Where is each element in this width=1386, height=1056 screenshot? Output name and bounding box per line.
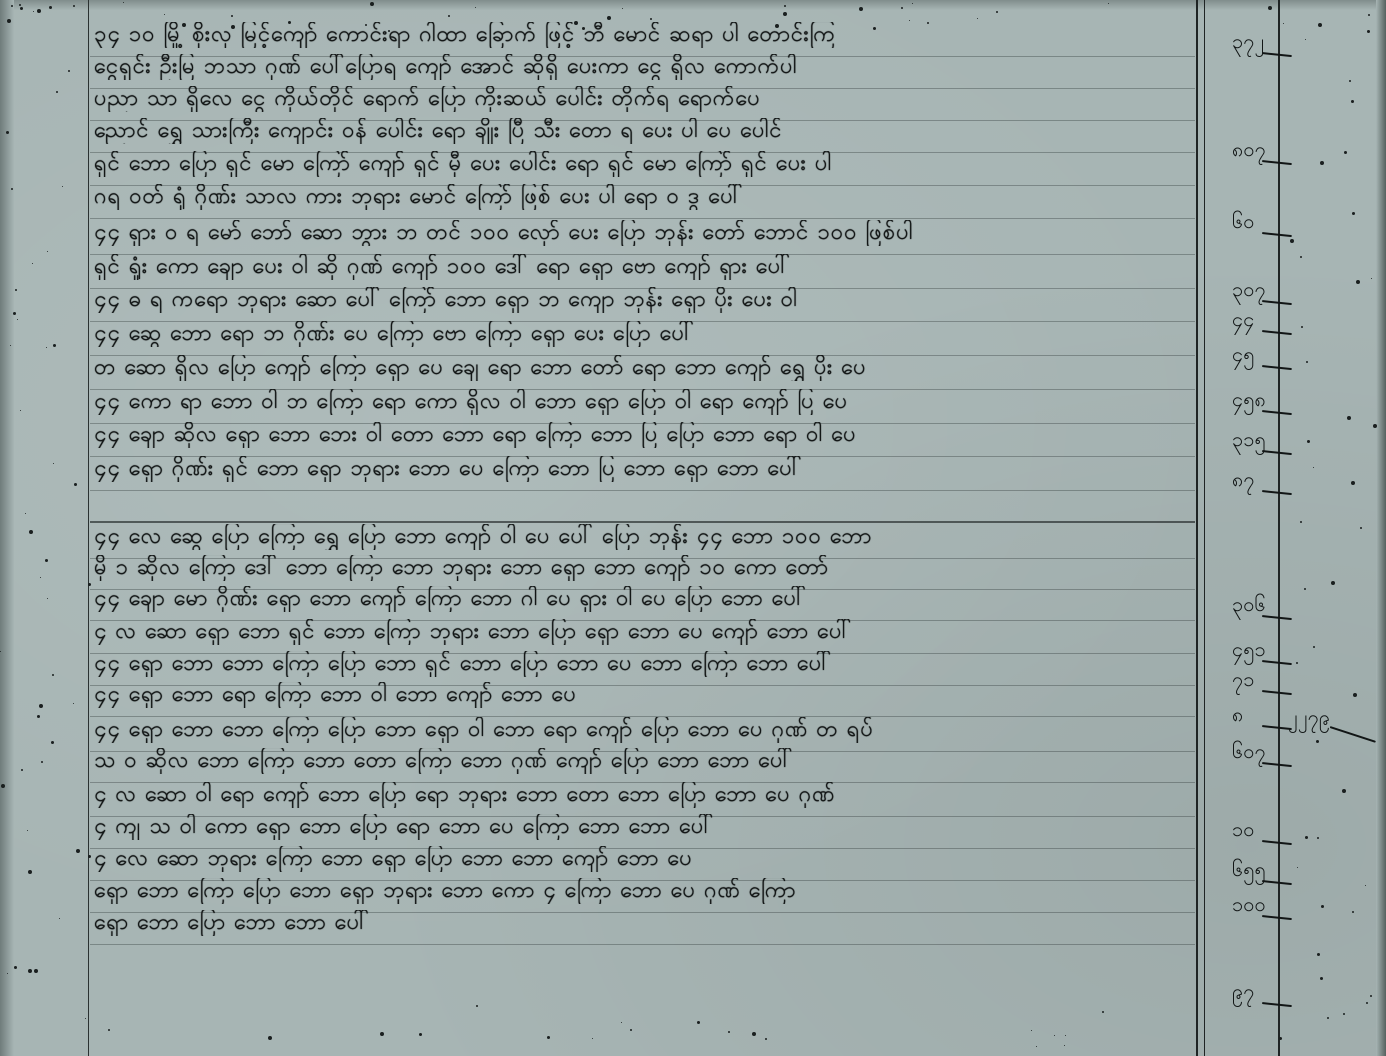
margin-annotation: ၁၀၀ <box>1232 891 1266 921</box>
ink-speck <box>85 1018 86 1019</box>
ink-speck <box>56 91 58 93</box>
ink-speck <box>1352 911 1354 913</box>
ink-speck <box>728 1031 730 1033</box>
ink-speck <box>1304 588 1306 590</box>
annotation-flourish <box>1330 726 1376 743</box>
ink-speck <box>1283 23 1284 24</box>
ink-speck <box>62 186 63 187</box>
ink-speck <box>34 969 38 973</box>
ink-speck <box>37 9 41 13</box>
manuscript-line: ၄၄ ဓ ရ ကရော ဘုရား ဆော ပေါ် ကြော် ဘော ရှေ… <box>94 287 1195 313</box>
ink-speck <box>1351 481 1355 485</box>
ink-speck <box>182 23 186 27</box>
manuscript-line: ၄၄ ရှော ဘော ရော ကြော ဘော ဝါ ဘော ကျော် ဘေ… <box>94 682 860 708</box>
ink-speck <box>76 849 80 853</box>
ink-speck <box>1305 39 1306 40</box>
ink-speck <box>29 530 33 534</box>
ink-speck <box>7 973 8 974</box>
ink-speck <box>1316 740 1319 743</box>
ink-speck <box>37 715 40 718</box>
ink-speck <box>73 5 75 7</box>
annotation-flourish <box>1262 1002 1292 1007</box>
annotation-flourish <box>1262 660 1292 665</box>
margin-annotation: ၃၁၅ <box>1232 426 1266 456</box>
ink-speck <box>630 1029 632 1031</box>
manuscript-line: ရှော ဘော ပြော ဘော ဘော ပေါ် <box>94 910 520 936</box>
ink-speck <box>20 7 23 10</box>
margin-annotation: ၆၅၅ <box>1232 856 1266 886</box>
manuscript-line: ၄၄ လေ ဆွေ ပြော ကြော ရွှေ ပြော ဘော ကျော် … <box>94 524 1195 550</box>
ink-speck <box>68 70 70 72</box>
margin-annotation: ၇၁ <box>1232 666 1255 696</box>
ink-speck <box>1108 3 1109 4</box>
manuscript-line: ၄၄ ဆွေ ဘော ရော ဘ ဂိုဏ်း ပေ ကြော ဗော ကြော… <box>94 321 880 347</box>
block-separator <box>90 521 1195 523</box>
ink-speck <box>88 583 91 586</box>
ink-speck <box>1036 1046 1037 1047</box>
margin-column-right-rule <box>1278 0 1280 1056</box>
ink-speck <box>1356 280 1360 284</box>
ink-speck <box>40 577 41 578</box>
manuscript-line: တ ဆော ရှိလ ပြော ကျော် ကြော ရှော ပေ ချေ ရ… <box>94 355 1160 381</box>
ink-speck <box>365 24 367 26</box>
ink-speck <box>1331 581 1335 585</box>
ink-speck <box>1305 836 1308 839</box>
margin-annotation: ၃၀၆ <box>1232 591 1266 621</box>
ink-speck <box>25 513 26 514</box>
ink-speck <box>752 1032 756 1036</box>
ink-speck <box>11 188 13 190</box>
left-margin-rule <box>88 0 89 1056</box>
page-right-edge <box>1376 0 1386 1056</box>
ink-speck <box>15 289 17 291</box>
ink-speck <box>621 1022 622 1023</box>
ink-speck <box>1054 1035 1055 1036</box>
ink-speck <box>1296 662 1298 664</box>
ink-speck <box>1366 1002 1368 1004</box>
ink-speck <box>1290 239 1294 243</box>
ink-speck <box>1300 521 1302 523</box>
margin-annotation: ၈၀၇ <box>1232 136 1266 166</box>
ink-speck <box>1300 256 1302 258</box>
ink-speck <box>88 855 91 858</box>
annotation-flourish <box>1262 330 1292 335</box>
ink-speck <box>46 347 47 348</box>
ink-speck <box>1313 646 1315 648</box>
ink-speck <box>1065 1035 1066 1036</box>
margin-annotation: ၆၀ <box>1232 208 1255 238</box>
ink-speck <box>1367 30 1370 33</box>
ink-speck <box>592 1038 593 1039</box>
ink-speck <box>53 463 54 464</box>
ink-speck <box>19 4 21 6</box>
manuscript-line: ဂရ ဝတ် ရုံ ဂိုဏ်း သာလ ကား ဘုရား မောင် ကြ… <box>94 184 860 210</box>
ink-speck <box>1306 361 1308 363</box>
ink-speck <box>231 25 235 29</box>
manuscript-line: ၄ လ ဆော ဝါ ရော ကျော် ဘော ပြော ရော ဘုရား … <box>94 782 1195 808</box>
manuscript-line: ရှင် ရှုံး ကော ချော ပေး ဝါ ဆို ဂုဏ် ကျော… <box>94 254 1195 280</box>
manuscript-line: ၄၄ ရှား ဝ ရ မော် ဘော် ဆော ဘွား ဘ တင် ၁၀၀… <box>94 220 1195 246</box>
ink-speck <box>783 12 787 16</box>
ink-speck <box>1371 278 1372 279</box>
page-left-edge <box>0 0 14 1056</box>
annotation-flourish <box>1262 410 1292 415</box>
ink-speck <box>476 1005 478 1007</box>
ink-speck <box>1360 527 1362 529</box>
ink-speck <box>59 918 60 919</box>
ink-speck <box>1344 151 1347 154</box>
ink-speck <box>1343 1013 1345 1015</box>
ink-speck <box>388 30 390 32</box>
margin-annotation: ၄၅၁ <box>1232 636 1266 666</box>
ink-speck <box>1102 1011 1104 1013</box>
annotation-flourish <box>1262 160 1292 165</box>
ink-speck <box>996 11 998 13</box>
ink-speck <box>1320 977 1323 980</box>
ink-speck <box>1352 212 1355 215</box>
ink-speck <box>21 769 23 771</box>
annotation-flourish <box>1262 365 1292 370</box>
ruled-line <box>90 490 1195 491</box>
ink-speck <box>650 18 652 20</box>
ink-speck <box>1368 14 1370 16</box>
ink-speck <box>380 1032 384 1036</box>
ink-speck <box>859 7 863 11</box>
ink-speck <box>1 784 5 788</box>
ink-speck <box>13 312 16 315</box>
annotation-flourish <box>1262 880 1292 885</box>
margin-annotation: ၈၇ <box>1232 466 1255 496</box>
ink-speck <box>268 1036 272 1040</box>
ink-speck <box>74 483 77 486</box>
ink-speck <box>28 870 32 874</box>
ink-speck <box>1342 789 1346 793</box>
ink-speck <box>1064 1045 1065 1046</box>
ink-speck <box>1317 837 1319 839</box>
manuscript-line: ၄ ကျ သ ဝါ ကော ရှော ဘော ပြော ရော ဘော ပေ က… <box>94 814 1195 840</box>
ink-speck <box>10 345 11 346</box>
outer-annotation: ၂၂၇၉ <box>1288 704 1330 734</box>
ink-speck <box>765 1038 767 1040</box>
manuscript-line: ၃၄ ၁၀ မြို့ စိုးလှ မြင့်ကျော် ကောင်းရာ ဂ… <box>94 22 1195 48</box>
annotation-flourish <box>1262 232 1292 237</box>
manuscript-line: ၄၄ ရှော ဘော ဘော ကြော ပြော ဘော ရှင် ဘော ပ… <box>94 651 1195 677</box>
page-top-edge <box>0 0 1386 10</box>
margin-annotation: ၃၇၂ <box>1232 28 1264 58</box>
ink-speck <box>607 16 611 20</box>
ink-speck <box>108 1029 110 1031</box>
manuscript-line: ၄၄ ကော ရာ ဘော ဝါ ဘ ကြော ရော ကော ရှိလ ဝါ … <box>94 389 1160 415</box>
manuscript-line: ၄၄ ချော မော ဂိုဏ်း ရှော ဘော ကျော် ကြော ဘ… <box>94 586 1195 612</box>
ink-speck <box>448 15 450 17</box>
ink-speck <box>697 1021 700 1024</box>
ink-speck <box>1349 80 1351 82</box>
ink-speck <box>1301 326 1303 328</box>
ink-speck <box>1373 424 1377 428</box>
margin-annotation: ၆၀၇ <box>1232 738 1266 768</box>
annotation-flourish <box>1262 490 1292 495</box>
manuscript-line: ၄၄ ရှော ဂိုဏ်း ရှင် ဘော ရှော ဘုရား ဘော ပ… <box>94 456 1195 482</box>
ink-speck <box>1353 693 1357 697</box>
ink-speck <box>1318 23 1322 27</box>
manuscript-line: ရှော ဘော ကြော ပြော ဘော ရှော ဘုရား ဘော ကေ… <box>94 878 1195 904</box>
manuscript-line: သ ဝ ဆိုလ ဘော ကြော ဘော တော ကြော ဘော ဂုဏ် … <box>94 748 1110 774</box>
ink-speck <box>45 559 48 562</box>
ink-speck <box>901 7 903 9</box>
ink-speck <box>164 14 165 15</box>
ink-speck <box>1320 161 1324 165</box>
ink-speck <box>1370 995 1372 997</box>
ruled-line <box>90 944 1195 945</box>
ink-speck <box>47 251 48 252</box>
annotation-flourish <box>1262 915 1292 920</box>
ink-speck <box>977 18 978 19</box>
ink-speck <box>1279 1037 1282 1040</box>
ink-speck <box>1307 440 1310 443</box>
manuscript-page: ၃၄ ၁၀ မြို့ စိုးလှ မြင့်ကျော် ကောင်းရာ ဂ… <box>0 0 1386 1056</box>
ink-speck <box>912 3 913 4</box>
ink-speck <box>53 344 56 347</box>
ink-speck <box>39 704 43 708</box>
margin-annotation: ၄၅၈ <box>1232 386 1266 416</box>
annotation-flourish <box>1262 300 1292 305</box>
ink-speck <box>32 263 33 264</box>
ink-speck <box>49 6 52 9</box>
ink-speck <box>52 674 54 676</box>
ink-speck <box>1365 885 1366 886</box>
ink-speck <box>33 11 34 12</box>
manuscript-line: ၄ လ ဆော ရှော ဘော ရှင် ဘော ကြော ဘုရား ဘော… <box>94 619 1195 645</box>
ink-speck <box>1297 867 1298 868</box>
ink-speck <box>1347 416 1351 420</box>
manuscript-line: ၄၄ ရှော ဘော ဘော ကြော ပြော ဘော ရှော ဝါ ဘေ… <box>94 717 1195 743</box>
margin-annotation: ၉၇ <box>1232 978 1255 1008</box>
manuscript-line: ညောင် ရွှေ သားကြီး ကျောင်း ဝန် ပေါင်း ရေ… <box>94 118 1140 144</box>
ruled-line <box>90 218 1195 219</box>
ink-speck <box>27 830 28 831</box>
ink-speck <box>20 410 21 411</box>
ink-speck <box>47 598 48 599</box>
manuscript-line: မို ၁ ဆိုလ ကြော ဒေါ် ဘော ကြော ဘော ဘုရား … <box>94 555 1195 581</box>
margin-annotation: ၄၅ <box>1232 341 1255 371</box>
ink-speck <box>14 966 17 969</box>
annotation-flourish <box>1262 615 1292 620</box>
margin-annotation: ၃၀၇ <box>1232 276 1266 306</box>
main-column-right-rule <box>1196 0 1198 1056</box>
manuscript-line: ၄၄ ချော ဆိုလ ရှော ဘော ဘေး ဝါ တော ဘော ရော… <box>94 422 1160 448</box>
main-column-right-rule-2 <box>1204 0 1205 1056</box>
manuscript-line: ၄ လေ ဆော ဘုရား ကြော ဘော ရှော ပြော ဘော ဘေ… <box>94 846 1195 872</box>
ink-speck <box>28 969 32 973</box>
annotation-flourish <box>1262 840 1292 845</box>
ink-speck <box>1327 1017 1329 1019</box>
ink-speck <box>1351 100 1354 103</box>
margin-annotation: ၄၄ <box>1232 306 1255 336</box>
ink-speck <box>1321 905 1324 908</box>
ink-speck <box>1313 467 1314 468</box>
ink-speck <box>622 8 623 9</box>
ink-speck <box>1317 953 1320 956</box>
manuscript-line: ငွေရှင်း ဦးမြ ဘသာ ဂုဏ် ပေါ်ပြောရ ကျော် အ… <box>94 54 1195 80</box>
ink-speck <box>547 1036 550 1039</box>
annotation-flourish <box>1262 690 1292 695</box>
ink-speck <box>582 27 585 30</box>
margin-annotation: ၁၀ <box>1232 816 1255 846</box>
manuscript-line: ရှင် ဘော ပြော ရှင် မော ကြော် ကျော် ရှင် … <box>94 151 1195 177</box>
annotation-flourish <box>1262 762 1292 767</box>
ink-speck <box>231 15 233 17</box>
ink-speck <box>51 741 54 744</box>
ink-speck <box>17 319 18 320</box>
margin-annotation: ၈ <box>1232 701 1243 731</box>
ink-speck <box>41 761 43 763</box>
annotation-flourish <box>1262 52 1292 57</box>
ink-speck <box>574 21 578 25</box>
manuscript-line: ပညာ သာ ရှိလေ ငွေ ကိုယ်တိုင် ရောက် ပြော က… <box>94 86 1195 112</box>
ink-speck <box>1031 1030 1032 1031</box>
annotation-flourish <box>1262 450 1292 455</box>
ink-speck <box>73 703 74 704</box>
ink-speck <box>419 1033 422 1036</box>
